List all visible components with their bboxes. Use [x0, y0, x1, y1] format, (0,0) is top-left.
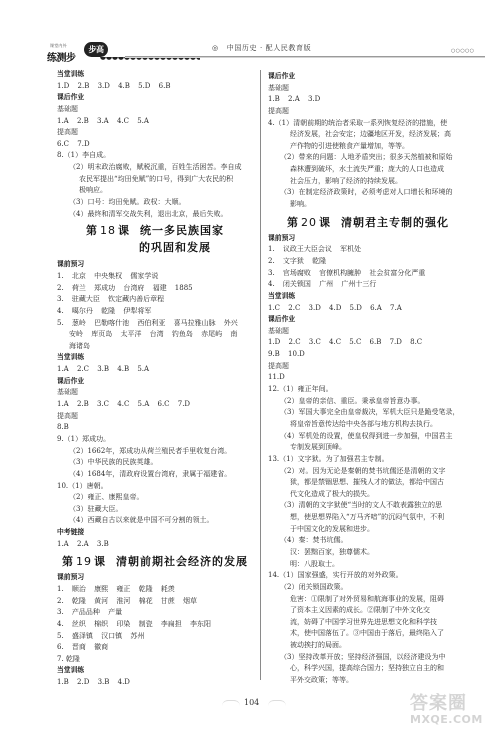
answer-continuation: 术，使中国落伍了。③中国由于落后，最终陷入了 — [268, 628, 468, 640]
answer-line: 1.C 2.C 3.D 4.D 5.D 6.A 7.A — [268, 303, 468, 315]
page-header: 课堂内外 练测步 步高 ◎中国历史 · 配人民教育版 ○○○○○ — [0, 40, 500, 66]
answer-line: 1.D 2.B 3.D 4.B 5.D 6.B — [57, 81, 253, 93]
answer-subline: （3）在制定经济政策时，必须考虑对人口增长和环境的 — [268, 187, 468, 199]
book-title-text: 中国历史 · 配人民教育版 — [227, 44, 311, 52]
lesson-number: 18 — [100, 224, 116, 237]
logo-title: 练测步 — [47, 49, 76, 64]
answer-continuation: 于中国文化的发展和进步。 — [268, 524, 468, 536]
lesson-suffix: 课 — [319, 216, 331, 229]
section-heading: 当堂训练 — [57, 69, 253, 81]
lesson-20-heading: 第20课清朝君主专制的强化 — [268, 214, 468, 231]
lesson-title: 清朝君主专制的强化 — [341, 216, 449, 229]
circle-mark-icon: ◎ — [212, 44, 219, 52]
answer-line: 5. 葱岭 巴勒喀什池 西伯利亚 喜马拉雅山脉 外兴 — [57, 318, 253, 330]
lesson-suffix: 课 — [94, 555, 106, 568]
book-title: ◎中国历史 · 配人民教育版 — [212, 43, 311, 53]
page-number: 104 — [244, 698, 259, 707]
answer-subline: （3）清朝的文字狱使“当时的文人不敢表露独立的思 — [268, 500, 468, 512]
answer-continuation: 将皇帝旨意传达给中央各部与地方机构去执行。 — [268, 419, 468, 431]
answer-line: 1. 顺治 康熙 雍正 乾隆 耗羡 — [57, 584, 253, 596]
answer-subline: 安岭 库页岛 太平洋 台湾 钓鱼岛 赤尾屿 南 — [57, 329, 253, 341]
subsection-label: 提高题 — [268, 106, 468, 118]
section-heading: 课后作业 — [268, 71, 468, 83]
answer-line: 8.B — [57, 422, 253, 434]
answer-subline: （2）皇帝的亲信、重臣。秉承皇帝旨意办事。 — [268, 396, 468, 408]
subsection-label: 提高题 — [57, 127, 253, 139]
answer-continuation: 经济发展，社会安定；边疆地区开发，经济发展；高 — [268, 129, 468, 141]
answer-continuation: 专制发展到顶峰。 — [268, 442, 468, 454]
answer-subline: （3）中华民族的民族英雄。 — [57, 457, 253, 469]
section-heading: 课前预习 — [57, 259, 253, 271]
answer-continuation: 想，使思想界陷入“万马齐喑”的沉闷气氛中，不利 — [268, 512, 468, 524]
answer-subline: （4）最终和清军交战失利，退出北京，最后失败。 — [57, 209, 253, 221]
lesson-suffix: 课 — [118, 224, 130, 237]
answer-subline: （4）秦：焚书坑儒。 — [268, 535, 468, 547]
answer-subline: （2）雍正、康熙皇帝。 — [57, 492, 253, 504]
lesson-title-line1: 统一多民族国家 — [140, 224, 224, 237]
answer-continuation: 影响。 — [268, 199, 468, 211]
answer-line: 4. 闭关锁国 广州 广州十三行 — [268, 279, 468, 291]
answer-line: 2. 荷兰 郑成功 台湾府 福建 1885 — [57, 283, 253, 295]
page-number-ornament-right-icon — [268, 700, 286, 706]
answer-continuation: 汉：罢黜百家，独尊儒术。 — [268, 547, 468, 559]
section-heading: 中考链接 — [57, 527, 253, 539]
answer-line: 3. 驻藏大臣 钦定藏内善后章程 — [57, 294, 253, 306]
answer-line: 2. 文字狱 乾隆 — [268, 256, 468, 268]
section-heading: 当堂训练 — [57, 352, 253, 364]
subsection-label: 提高题 — [57, 411, 253, 423]
answer-continuation: 心，科学兴国，提高综合国力；坚持独立自主的和 — [268, 663, 468, 675]
left-column: 当堂训练1.D 2.B 3.D 4.B 5.D 6.B课后作业基础题1.A 2.… — [57, 69, 253, 689]
section-heading: 当堂训练 — [57, 665, 253, 677]
answer-line: 1.B 2.D 3.B 4.D — [57, 677, 253, 689]
answer-subline: （4）西藏自古以来就是中国不可分割的领土。 — [57, 515, 253, 527]
watermark: 答案圈 MXQE.COM — [410, 694, 492, 726]
lesson18-answers: 课前预习1. 北京 中央集权 儒家学说2. 荷兰 郑成功 台湾府 福建 1885… — [57, 259, 253, 550]
answer-line: 9.（1）郑成功。 — [57, 434, 253, 446]
right-column: 课后作业基础题1.B 2.A 3.D提高题4.（1）清朝前期的统治者采取一系列恢… — [268, 71, 468, 687]
watermark-url: MXQE.COM — [410, 714, 492, 726]
lesson-18-heading-line2: 的巩固和发展 — [57, 239, 253, 256]
answer-line: 9.B 10.D — [268, 349, 468, 361]
answer-line: 1.A 2.B 3.A 4.C 5.A — [57, 116, 253, 128]
answer-subline: （3）军国大事完全由皇帝裁决，军机大臣只是跪受笔录， — [268, 407, 468, 419]
answer-continuation: 极响应。 — [57, 185, 253, 197]
answer-line: 1.B 2.A 3.D — [268, 94, 468, 106]
section-heading: 当堂训练 — [268, 291, 468, 303]
lesson-19-heading: 第19课清朝前期社会经济的发展 — [57, 553, 253, 570]
answer-continuation: 农民军提出“均田免赋”的口号，得到广大农民的积 — [57, 174, 253, 186]
answer-subline: （2）带来的问题：人地矛盾突出；很多天然植被和原始 — [268, 152, 468, 164]
answer-subline: （4）军机处的设置，使皇权得到进一步加强，中国君主 — [268, 431, 468, 443]
answer-line: 6. 晋商 徽商 — [57, 642, 253, 654]
answer-line: 2. 乾隆 黄河 淮河 棉花 甘蔗 烟草 — [57, 596, 253, 608]
page-number-ornament-left-icon — [222, 700, 240, 706]
answer-continuation: 流，妨碍了中国学习世界先进思想文化和科学技 — [268, 617, 468, 629]
answer-line: 5. 盛泽镇 汉口镇 苏州 — [57, 631, 253, 643]
answer-key-page: 课堂内外 练测步 步高 ◎中国历史 · 配人民教育版 ○○○○○ 当堂训练1.D… — [0, 0, 500, 742]
answer-subline: （4）1684年，清政府设置台湾府，隶属于福建省。 — [57, 469, 253, 481]
column-divider — [260, 70, 261, 680]
watermark-logo: 答案圈 — [410, 694, 492, 714]
answer-line: 10.（1）唐朝。 — [57, 481, 253, 493]
answer-line: 3. 官场腐败 官僚机构臃肿 社会贫富分化严重 — [268, 268, 468, 280]
answer-line: 1. 议政王大臣会议 军机处 — [268, 244, 468, 256]
answer-continuation: 社会压力，影响了经济的持续发展。 — [268, 176, 468, 188]
answer-continuation: 森林遭到破坏，水土流失严重；庞大的人口也造成 — [268, 164, 468, 176]
answer-subline: （2）明末政治腐败，赋税沉重，百姓生活困苦。李自成 — [57, 162, 253, 174]
answer-continuation: 了资本主义因素的成长。②限制了中外文化交 — [268, 605, 468, 617]
lesson-number: 19 — [76, 555, 92, 568]
logo-badge: 步高 — [84, 42, 108, 57]
answer-line: 4.（1）清朝前期的统治者采取一系列恢复经济的措施，使 — [268, 118, 468, 130]
lesson17-answers: 当堂训练1.D 2.B 3.D 4.B 5.D 6.B课后作业基础题1.A 2.… — [57, 69, 253, 220]
answer-subline: （3）坚持改革开放；坚持经济强国，以经济建设为中 — [268, 652, 468, 664]
lesson19-homework-answers: 课后作业基础题1.B 2.A 3.D提高题4.（1）清朝前期的统治者采取一系列恢… — [268, 71, 468, 211]
answer-continuation: 狱，都是禁锢思想、摧残人才的做法，都给中国古 — [268, 477, 468, 489]
answer-line: 4. 丝织 棉织 印染 制瓷 李扁担 李东阳 — [57, 619, 253, 631]
answer-continuation: 明：八股取士。 — [268, 559, 468, 571]
answer-line: 1.A 2.B 3.C 4.C 5.A 6.C 7.D — [57, 399, 253, 411]
section-heading: 课后作业 — [57, 376, 253, 388]
lesson-prefix: 第 — [62, 555, 74, 568]
answer-line: 7. 乾隆 — [57, 654, 253, 666]
answer-continuation: 产作物的引进使粮食产量增加，等等。 — [268, 141, 468, 153]
lesson20-answers: 课前预习1. 议政王大臣会议 军机处2. 文字狱 乾隆3. 官场腐败 官僚机构臃… — [268, 233, 468, 687]
answer-line: 8.（1）李自成。 — [57, 150, 253, 162]
answer-line: 1. 北京 中央集权 儒家学说 — [57, 271, 253, 283]
section-heading: 课前预习 — [57, 572, 253, 584]
section-heading: 课后作业 — [57, 92, 253, 104]
answer-subline: （2）闭关锁国政策。 — [268, 582, 468, 594]
subsection-label: 基础题 — [268, 83, 468, 95]
answer-continuation: 被动挨打的局面。 — [268, 640, 468, 652]
lesson-prefix: 第 — [287, 216, 299, 229]
subsection-label: 基础题 — [57, 104, 253, 116]
subsection-label: 基础题 — [268, 326, 468, 338]
answer-line: 6.C 7.D — [57, 139, 253, 151]
answer-line: 3. 产品品种 产量 — [57, 607, 253, 619]
lesson-18-heading: 第18课统一多民族国家 — [57, 222, 253, 239]
subsection-label: 基础题 — [57, 387, 253, 399]
section-heading: 课前预习 — [268, 233, 468, 245]
answer-subline: （3）驻藏大臣。 — [57, 504, 253, 516]
answer-line: 1.D 2.C 3.C 4.C 5.C 6.B 7.D 8.C — [268, 337, 468, 349]
answer-line: 12.（1）雍正年间。 — [268, 384, 468, 396]
answer-continuation: 代文化造成了极大的损失。 — [268, 489, 468, 501]
answer-line: 11.D — [268, 372, 468, 384]
lesson-prefix: 第 — [86, 224, 98, 237]
header-rule-shadow — [125, 57, 485, 58]
answer-continuation: 危害：①限制了对外贸易和航海事业的发展，阻碍 — [268, 594, 468, 606]
subsection-label: 提高题 — [268, 361, 468, 373]
section-heading: 课后作业 — [268, 314, 468, 326]
answer-subline: （3）口号：均田免赋。政权：大顺。 — [57, 197, 253, 209]
lesson-title: 清朝前期社会经济的发展 — [116, 555, 248, 568]
answer-line: 1.A 2.C 3.B 4.B 5.A — [57, 364, 253, 376]
answer-subline: （2）对。因为无论是秦朝的焚书坑儒还是清朝的文字 — [268, 466, 468, 478]
answer-subline: （2）1662年，郑成功从荷兰殖民者手里收复台湾。 — [57, 446, 253, 458]
dots-decoration-icon: ○○○○○ — [451, 48, 474, 54]
answer-subline: 海诸岛 — [57, 341, 253, 353]
answer-line: 13.（1）文字狱。为了加强君主专制。 — [268, 454, 468, 466]
answer-line: 4. 噶尔丹 乾隆 伊犁将军 — [57, 306, 253, 318]
answer-continuation: 平外交政策；等等。 — [268, 675, 468, 687]
lesson19-answers: 课前预习1. 顺治 康熙 雍正 乾隆 耗羡2. 乾隆 黄河 淮河 棉花 甘蔗 烟… — [57, 572, 253, 688]
lesson-title-line2: 的巩固和发展 — [139, 241, 211, 254]
answer-line: 1.A 2.A 3.B — [57, 539, 253, 551]
answer-line: 14.（1）国家强盛，实行开放的对外政策。 — [268, 570, 468, 582]
lesson-number: 20 — [301, 216, 317, 229]
